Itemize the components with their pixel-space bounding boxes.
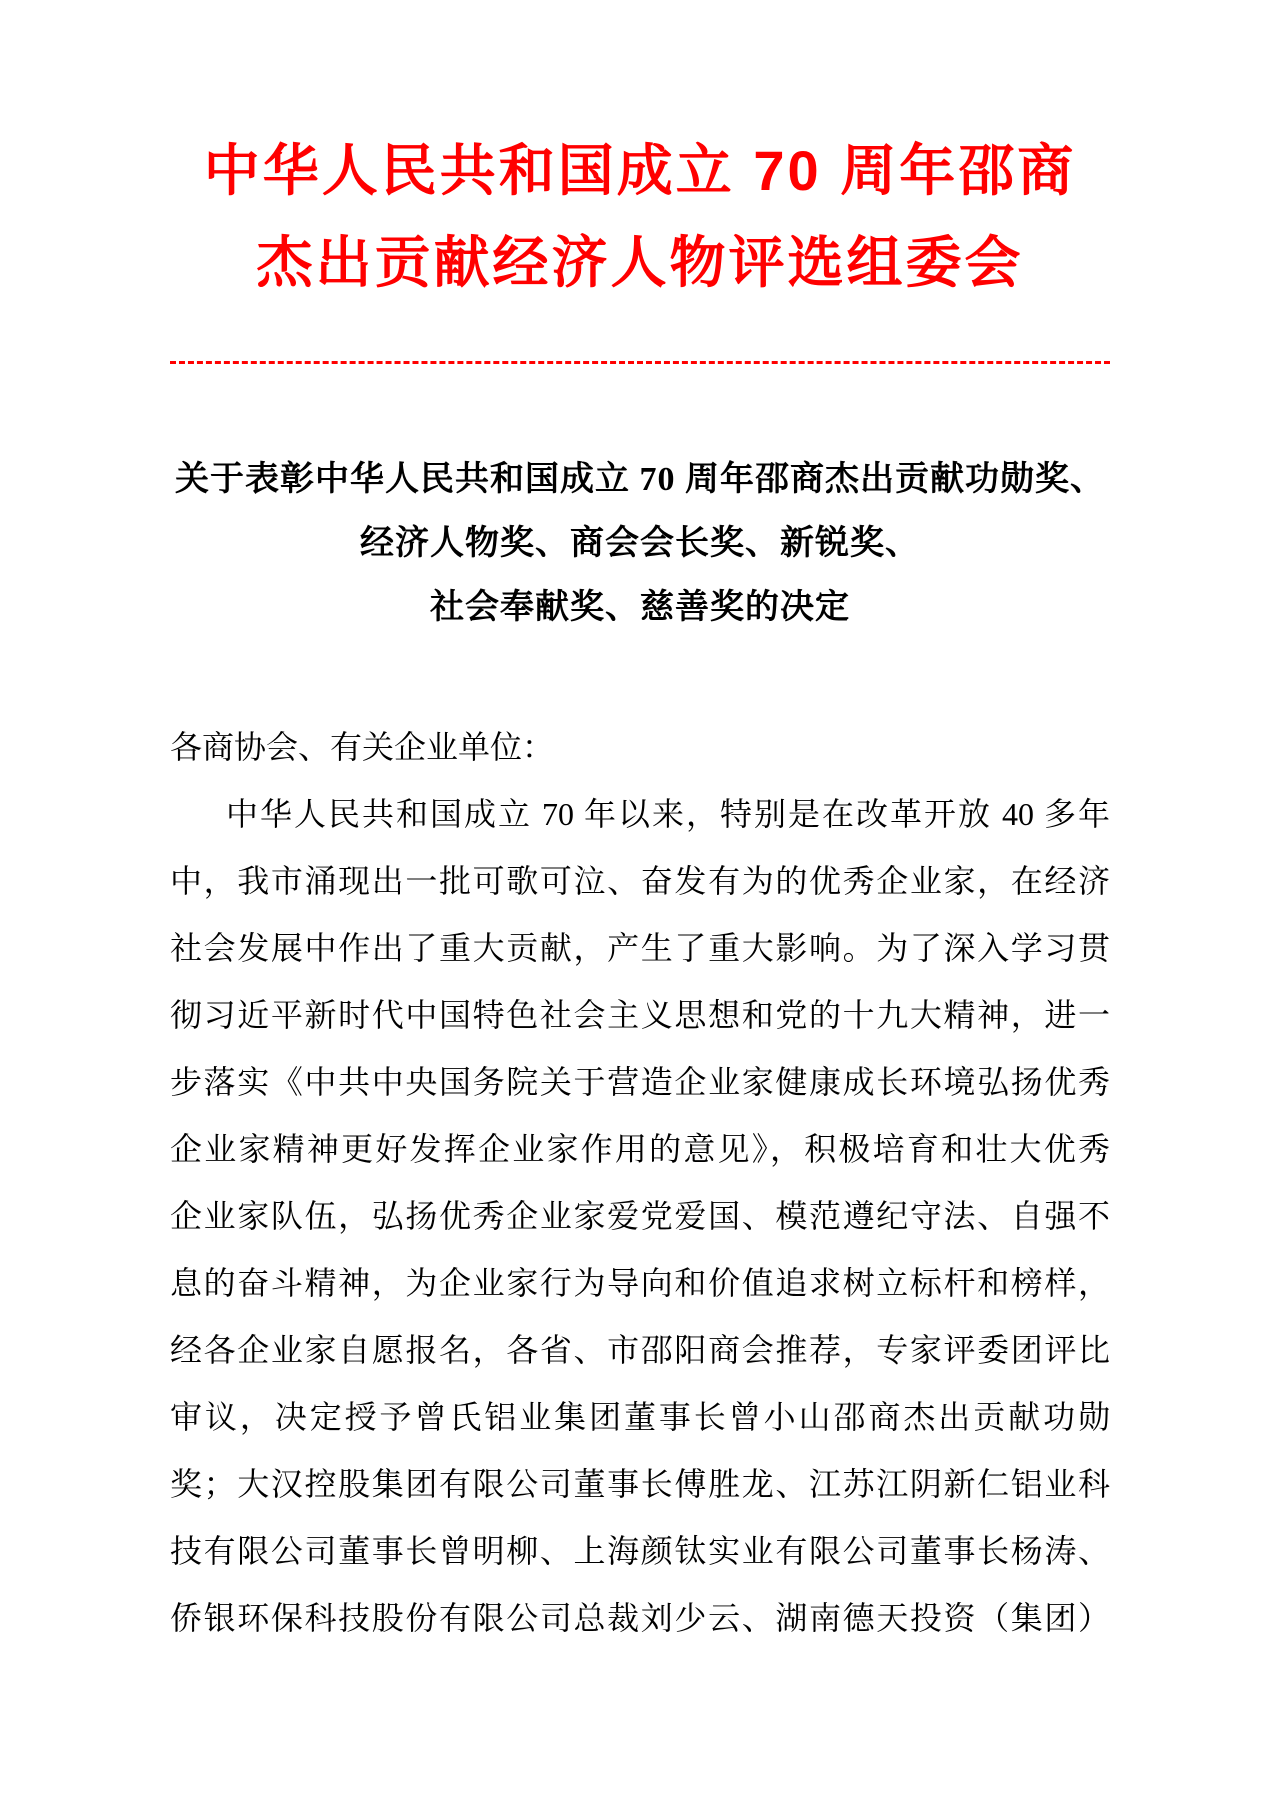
heading-line-2: 经济人物奖、商会会长奖、新锐奖、 bbox=[170, 512, 1110, 576]
paragraph-line: 息的奋斗精神，为企业家行为导向和价值追求树立标杆和榜样， bbox=[170, 1250, 1110, 1317]
heading-line-3: 社会奉献奖、慈善奖的决定 bbox=[170, 576, 1110, 640]
paragraph-line: 步落实《中共中央国务院关于营造企业家健康成长环境弘扬优秀 bbox=[170, 1049, 1110, 1116]
paragraph-line: 技有限公司董事长曾明柳、上海颜钛实业有限公司董事长杨涛、 bbox=[170, 1518, 1110, 1585]
salutation-line: 各商协会、有关企业单位： bbox=[170, 714, 1110, 781]
red-dashed-separator bbox=[170, 361, 1110, 364]
paragraph-line: 社会发展中作出了重大贡献，产生了重大影响。为了深入学习贯 bbox=[170, 915, 1110, 982]
paragraph-line: 企业家队伍，弘扬优秀企业家爱党爱国、模范遵纪守法、自强不 bbox=[170, 1183, 1110, 1250]
paragraph-line: 奖；大汉控股集团有限公司董事长傅胜龙、江苏江阴新仁铝业科 bbox=[170, 1451, 1110, 1518]
heading-line-1: 关于表彰中华人民共和国成立 70 周年邵商杰出贡献功勋奖、 bbox=[170, 448, 1110, 512]
document-title: 中华人民共和国成立 70 周年邵商 杰出贡献经济人物评选组委会 bbox=[170, 125, 1110, 309]
decision-heading: 关于表彰中华人民共和国成立 70 周年邵商杰出贡献功勋奖、 经济人物奖、商会会长… bbox=[170, 448, 1110, 640]
paragraph-line: 彻习近平新时代中国特色社会主义思想和党的十九大精神，进一 bbox=[170, 982, 1110, 1049]
paragraph-line: 中华人民共和国成立 70 年以来，特别是在改革开放 40 多年 bbox=[170, 781, 1110, 848]
paragraph-line: 企业家精神更好发挥企业家作用的意见》，积极培育和壮大优秀 bbox=[170, 1116, 1110, 1183]
paragraph-line: 审议，决定授予曾氏铝业集团董事长曾小山邵商杰出贡献功勋 bbox=[170, 1384, 1110, 1451]
document-page: 中华人民共和国成立 70 周年邵商 杰出贡献经济人物评选组委会 关于表彰中华人民… bbox=[0, 0, 1280, 1811]
title-line-2: 杰出贡献经济人物评选组委会 bbox=[170, 217, 1110, 309]
paragraph-line: 侨银环保科技股份有限公司总裁刘少云、湖南德天投资（集团） bbox=[170, 1585, 1110, 1652]
title-line-1: 中华人民共和国成立 70 周年邵商 bbox=[170, 125, 1110, 217]
document-body: 各商协会、有关企业单位： 中华人民共和国成立 70 年以来，特别是在改革开放 4… bbox=[170, 714, 1110, 1652]
paragraph-line: 经各企业家自愿报名，各省、市邵阳商会推荐，专家评委团评比 bbox=[170, 1317, 1110, 1384]
paragraph-line: 中，我市涌现出一批可歌可泣、奋发有为的优秀企业家，在经济 bbox=[170, 848, 1110, 915]
